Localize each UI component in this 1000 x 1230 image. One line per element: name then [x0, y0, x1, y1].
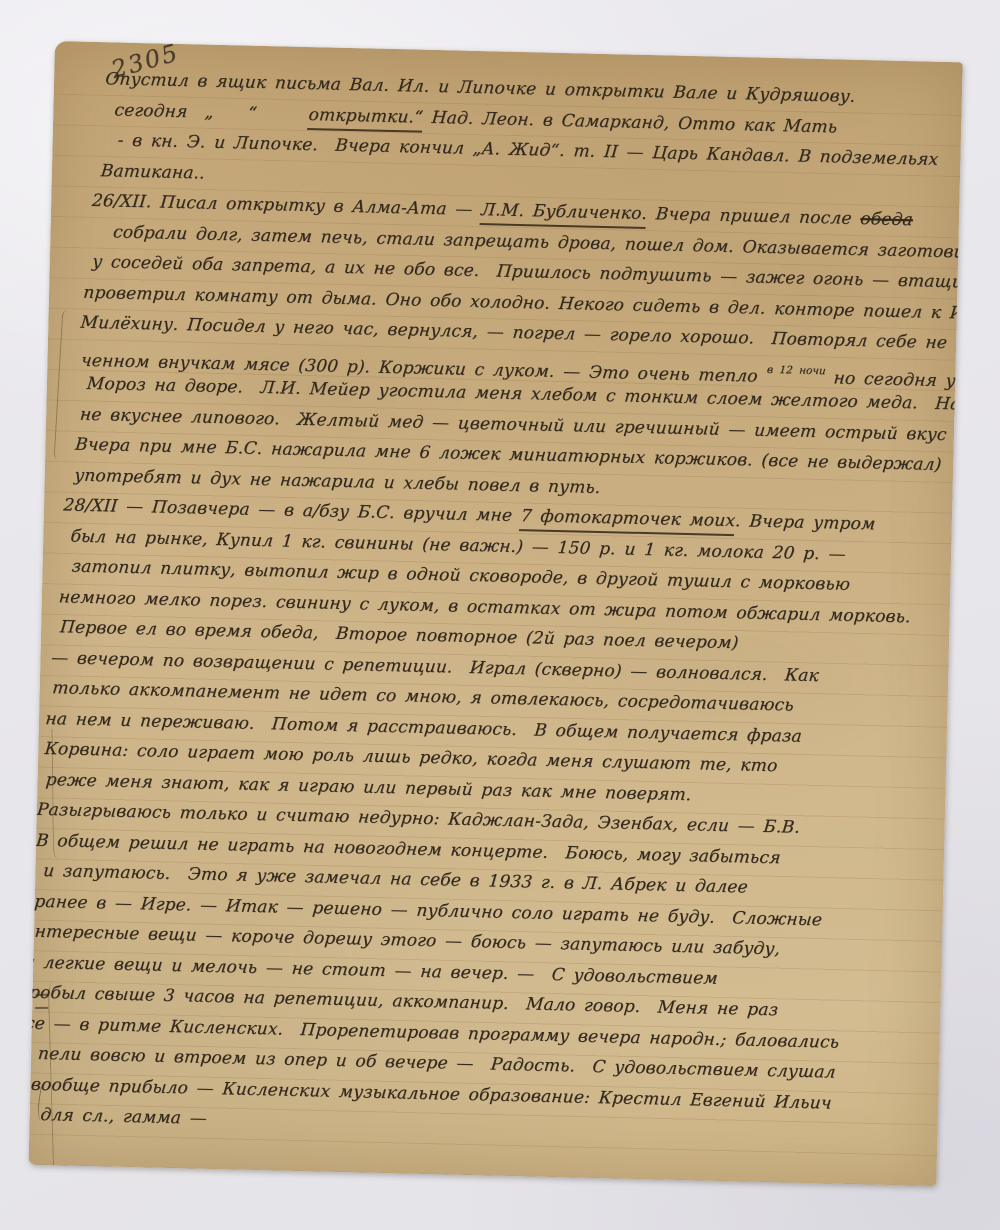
- interline-insertion: в 12 ночи: [766, 354, 828, 386]
- margin-pencil-crease: [54, 309, 72, 459]
- underlined-phrase: Л.М. Бубличенко.: [480, 198, 649, 229]
- handwriting-text: Ватикана..: [99, 156, 206, 189]
- underlined-phrase: открытки.“: [307, 103, 424, 133]
- handwriting-text: для сл., гамма —: [39, 1100, 208, 1134]
- handwriting-text: сегодня „ “: [113, 95, 310, 130]
- underlined-phrase: 7 фотокарточек моих: [519, 504, 736, 536]
- handwriting-block: Опустил в ящик письма Вал. Ил. и Липочке…: [29, 64, 963, 1150]
- handwriting-text: Вчера пришел после: [646, 199, 862, 234]
- manuscript-page: 2305 Опустил в ящик письма Вал. Ил. и Ли…: [29, 41, 963, 1186]
- margin-tick-mark: [35, 1007, 48, 1009]
- handwriting-text: . Вчера утром: [734, 506, 877, 540]
- struck-word: обеда: [859, 204, 914, 236]
